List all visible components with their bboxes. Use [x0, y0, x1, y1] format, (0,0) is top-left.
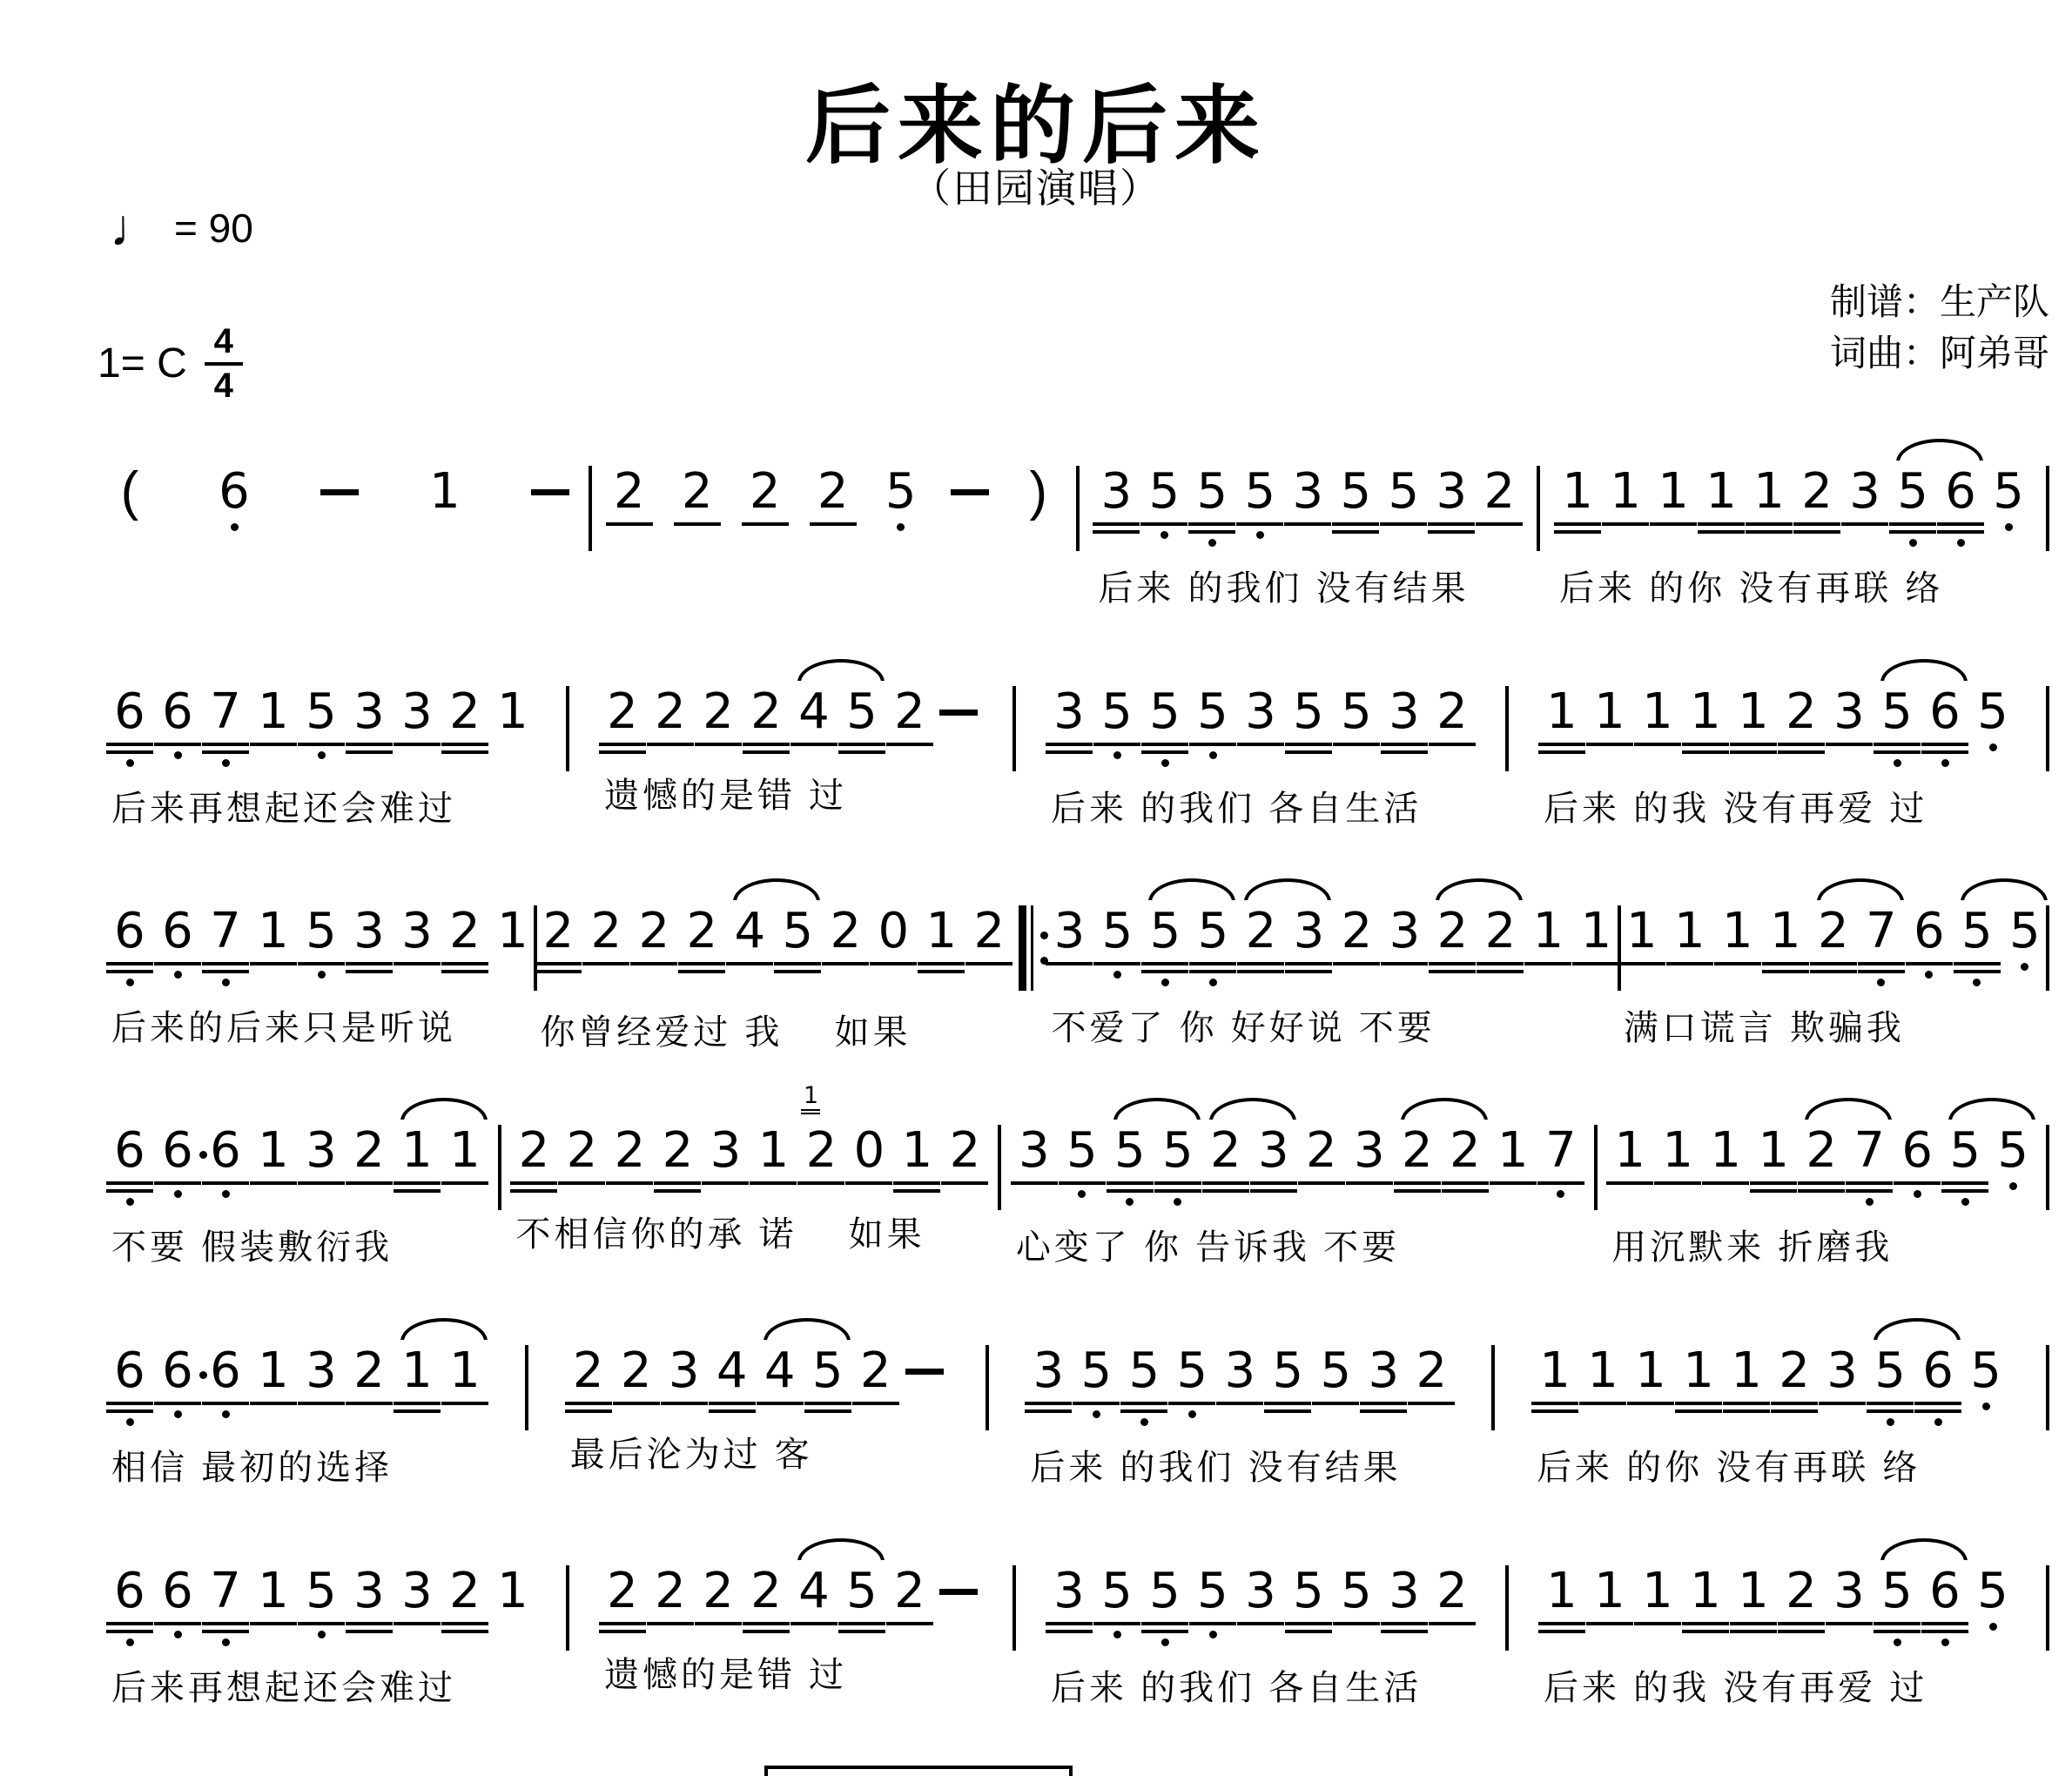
- note: 2: [540, 905, 576, 973]
- barline: [1012, 1565, 1016, 1651]
- underline: [1723, 1402, 1770, 1405]
- notes-row: 111127655: [1611, 1125, 2031, 1206]
- note-number: 5: [1149, 686, 1181, 738]
- note-number: 1: [1722, 905, 1753, 958]
- underline: [1408, 1402, 1455, 1405]
- underline: [1921, 750, 1968, 754]
- note-number: 3: [1389, 686, 1420, 738]
- underline: [743, 743, 790, 746]
- octave-dot-below: [1989, 1623, 1997, 1631]
- note-number: 1: [1581, 905, 1612, 958]
- underlines: [1289, 518, 1326, 526]
- underlines: [255, 1177, 292, 1185]
- underlines: [1687, 738, 1724, 754]
- underline: [1073, 1402, 1120, 1405]
- underlines: [659, 1177, 696, 1193]
- note-number: 5: [1197, 686, 1228, 738]
- underline: [1381, 962, 1428, 965]
- underlines: [1051, 1618, 1087, 1633]
- note: 3: [1221, 1345, 1258, 1405]
- note: 1: [494, 1565, 531, 1618]
- underline: [1650, 522, 1697, 526]
- note-number: 2: [542, 905, 574, 958]
- note-number: 3: [1354, 1125, 1385, 1177]
- note: 1: [1707, 1125, 1744, 1185]
- dash-note: [531, 466, 569, 518]
- underlines: [1385, 518, 1422, 526]
- note: 2: [683, 905, 720, 973]
- note-number: 2: [1306, 1125, 1337, 1177]
- note-number: 3: [353, 1565, 385, 1618]
- note-number: 1: [1539, 1345, 1571, 1397]
- barline: [2046, 1345, 2049, 1430]
- octave-dot-below: [1188, 1410, 1196, 1418]
- lyrics-line: 后来 的我们 没有结果: [1098, 561, 1517, 610]
- octave-dot-below: [1209, 979, 1217, 986]
- tempo-value: = 90: [174, 205, 253, 252]
- note-number: 2: [519, 1125, 550, 1177]
- underlines: [1815, 958, 1852, 973]
- underline: [1889, 530, 1936, 534]
- underline: [1531, 1402, 1578, 1405]
- underline: [1237, 1622, 1284, 1625]
- note: 3: [399, 1565, 435, 1625]
- grace-underline: [801, 1109, 820, 1111]
- note-number: 3: [1389, 905, 1421, 958]
- octave-dot-below: [1140, 1418, 1148, 1426]
- note: 1: [1611, 1125, 1648, 1185]
- underline: [1524, 962, 1571, 965]
- dash-note: [905, 1345, 944, 1397]
- underlines: [1447, 1177, 1483, 1193]
- octave-dot-below: [222, 1190, 230, 1198]
- lyrics-line: 你曾经爱过 我 如果: [540, 1005, 1048, 1054]
- note: 5: [1872, 1345, 1908, 1426]
- underline: [154, 962, 201, 965]
- note: 6: [111, 1565, 148, 1646]
- lyrics-line: 用沉默来 折磨我: [1611, 1220, 2031, 1269]
- note: 5: [1160, 1125, 1196, 1206]
- note: 2: [1208, 1125, 1244, 1193]
- note: 2: [570, 1345, 607, 1413]
- underlines: [1495, 1177, 1531, 1185]
- underline: [1798, 1181, 1845, 1185]
- underlines: [1591, 1618, 1628, 1625]
- note-number: 1: [1674, 905, 1705, 958]
- underline: [1666, 962, 1713, 965]
- note: 2: [351, 1125, 387, 1185]
- tie-arc: [1817, 878, 1906, 900]
- note: 2: [652, 1565, 689, 1625]
- underline: [298, 1622, 345, 1625]
- note: 7: [1863, 905, 1900, 986]
- note-number: 3: [1054, 905, 1086, 958]
- underline: [1846, 1181, 1893, 1185]
- underline: [695, 743, 742, 746]
- underlines: [815, 518, 851, 526]
- underlines: [1303, 1177, 1340, 1185]
- tie-arc: [400, 1318, 489, 1340]
- note: 2: [858, 1345, 894, 1405]
- underlines: [447, 1618, 483, 1633]
- note: 1: [1537, 1345, 1573, 1413]
- note-number: 3: [1833, 1565, 1865, 1618]
- underline: [1360, 1402, 1407, 1405]
- note-number: 2: [449, 686, 481, 738]
- underlines: [1290, 958, 1327, 973]
- paren: (: [111, 466, 148, 518]
- underline: [743, 1622, 790, 1625]
- note: 1: [1735, 686, 1772, 754]
- note-number: 2: [894, 686, 925, 738]
- underlines: [447, 1397, 483, 1405]
- underline: [510, 1189, 557, 1193]
- underlines: [1338, 958, 1375, 965]
- note-number: 2: [806, 1125, 838, 1177]
- note: 2: [1783, 1565, 1820, 1633]
- underlines: [447, 1177, 483, 1185]
- note-number: 6: [162, 1345, 193, 1397]
- note: 1: [1755, 1125, 1792, 1193]
- note-number: 5: [1101, 686, 1133, 738]
- octave-dot-below: [1209, 751, 1217, 759]
- note-number: 2: [1210, 1125, 1241, 1177]
- note-number: 5: [1341, 466, 1372, 518]
- note-number: 3: [669, 1345, 700, 1397]
- note-number: 2: [686, 905, 717, 958]
- dash-note: [951, 466, 989, 518]
- grace-number: 1: [804, 1085, 818, 1107]
- underline: [1346, 1181, 1393, 1185]
- note: 5: [303, 1565, 340, 1638]
- credit-arranger: 制谱：生产队: [1830, 277, 2049, 328]
- underline: [1618, 962, 1665, 965]
- underline: [1360, 1409, 1407, 1413]
- note: 3: [303, 1345, 340, 1405]
- tie-arc: [1148, 878, 1237, 900]
- note-number: 5: [1149, 1565, 1181, 1618]
- repeat-thin-bar: [1031, 905, 1033, 991]
- underline: [599, 1630, 646, 1633]
- note-number: 2: [1786, 686, 1817, 738]
- note-number: 5: [1081, 1345, 1113, 1397]
- note: 3: [1051, 905, 1087, 965]
- note-number: 2: [1342, 905, 1373, 958]
- notes-row: 66613211: [111, 1125, 483, 1206]
- barline: [1618, 905, 1621, 991]
- note-number: 5: [1321, 1345, 1352, 1397]
- note: 2: [611, 1125, 648, 1185]
- note: 6: [159, 1345, 196, 1418]
- underline: [1894, 1181, 1941, 1185]
- note-number: 2: [860, 1345, 891, 1397]
- note: 2: [1803, 1125, 1840, 1193]
- note-number: 5: [1129, 1345, 1160, 1397]
- underlines: [731, 958, 768, 965]
- underlines: [1099, 958, 1135, 979]
- note: 3: [399, 686, 435, 746]
- underlines: [1351, 1177, 1388, 1185]
- measure: 667153321后来再想起还会难过: [111, 1565, 531, 1710]
- underlines: [844, 1618, 880, 1633]
- note-number: 3: [1258, 1125, 1289, 1177]
- note: 5: [1317, 1345, 1354, 1405]
- underline: [154, 1622, 201, 1625]
- underline: [250, 1181, 297, 1185]
- note: 7: [207, 686, 244, 767]
- underline: [1914, 1409, 1961, 1413]
- measure: 22225): [611, 466, 1057, 587]
- note-number: 5: [1149, 466, 1181, 518]
- underlines: [1659, 1177, 1696, 1185]
- underlines: [679, 518, 716, 526]
- underline: [1730, 1630, 1777, 1633]
- notes-row: 2222452: [604, 1565, 978, 1633]
- quarter-note-icon: ♩: [110, 202, 162, 254]
- barline: [1537, 466, 1540, 551]
- note-number: 1: [1497, 1125, 1529, 1177]
- note-number: 5: [1101, 1565, 1133, 1618]
- underlines: [1927, 1618, 1963, 1646]
- note-number: 6: [162, 905, 193, 958]
- note-number: 1: [497, 905, 528, 958]
- underline: [1921, 1630, 1968, 1633]
- note-number: 1: [449, 1345, 481, 1397]
- underlines: [1799, 518, 1835, 534]
- underline: [1634, 743, 1681, 746]
- underline: [441, 750, 488, 754]
- underline: [599, 750, 646, 754]
- underline: [1428, 522, 1475, 526]
- underline: [1333, 1622, 1380, 1625]
- underline: [797, 1181, 844, 1185]
- note: 3: [1831, 686, 1867, 746]
- underline: [1107, 1181, 1154, 1185]
- note-number: 1: [1738, 1565, 1769, 1618]
- notes-row: 2222452012: [540, 905, 1048, 991]
- underlines: [255, 1618, 292, 1625]
- underlines: [1482, 958, 1518, 973]
- underline: [1093, 962, 1140, 965]
- underlines: [1559, 518, 1596, 534]
- note: 2: [700, 1565, 737, 1625]
- note-number: 2: [1818, 905, 1849, 958]
- underline: [1394, 1181, 1441, 1185]
- underline: [441, 1402, 488, 1405]
- underline: [1675, 1409, 1722, 1413]
- bottom-partial-box: [764, 1766, 1073, 1776]
- note-number: 5: [1114, 1125, 1146, 1177]
- underline: [1702, 1181, 1749, 1185]
- underlines: [1783, 1618, 1820, 1633]
- note-number: 6: [1929, 686, 1961, 738]
- underlines: [1703, 518, 1739, 534]
- underline: [1937, 522, 1984, 526]
- underlines: [1863, 958, 1900, 986]
- underline: [106, 970, 153, 973]
- underline: [886, 743, 933, 746]
- lyrics-line: 不爱了 你 好好说 不要: [1051, 1000, 1614, 1050]
- underline: [1285, 1622, 1332, 1625]
- underlines: [1337, 518, 1374, 534]
- underlines: [1847, 518, 1883, 526]
- note-number: 6: [1945, 466, 1976, 518]
- dash-box: [939, 686, 978, 738]
- tie-arc: [1209, 1098, 1298, 1120]
- note: 2: [447, 1565, 483, 1633]
- note-number: 7: [210, 1565, 241, 1618]
- note-number: 5: [1197, 466, 1228, 518]
- underlines: [1899, 1177, 1935, 1198]
- note-number: 5: [1245, 466, 1276, 518]
- underline: [647, 1622, 694, 1625]
- note: 1: [1639, 1565, 1676, 1625]
- tie-arc: [400, 1098, 489, 1120]
- underline: [1914, 1402, 1961, 1405]
- dash-note: [939, 686, 978, 738]
- note: 1: [255, 1565, 292, 1625]
- notes-row: 1111123565: [1537, 1345, 2004, 1426]
- note: 3: [707, 1125, 743, 1185]
- note: 4: [731, 905, 768, 965]
- underlines: [923, 958, 959, 973]
- note-number: 5: [306, 905, 337, 958]
- underline: [1750, 1181, 1797, 1185]
- underlines: [1147, 958, 1183, 986]
- underline: [893, 1189, 940, 1193]
- note: 5: [2007, 905, 2043, 971]
- underlines: [1221, 1397, 1258, 1405]
- underline: [106, 1622, 153, 1625]
- underline: [893, 1181, 940, 1185]
- note-number: 2: [353, 1125, 385, 1177]
- underlines: [748, 738, 784, 754]
- note: 5: [1064, 1125, 1100, 1198]
- underlines: [1098, 518, 1134, 534]
- note-number: 2: [950, 1125, 981, 1177]
- note: 5: [1269, 1345, 1306, 1413]
- underlines: [1728, 1397, 1765, 1413]
- underlines: [1386, 1618, 1423, 1633]
- notes-row: 1111123565: [1544, 1565, 2011, 1646]
- underline: [202, 1181, 249, 1185]
- underline: [582, 962, 629, 965]
- barline: [1491, 1345, 1495, 1430]
- note-number: 2: [607, 686, 638, 738]
- measure: 355523232217心变了 你 告诉我 不要: [1016, 1125, 1579, 1269]
- underline: [804, 1409, 851, 1413]
- underline: [1538, 1622, 1585, 1625]
- underlines: [1147, 738, 1183, 767]
- note: 2: [447, 905, 483, 973]
- note-number: 3: [1053, 686, 1085, 738]
- tie-arc: [1401, 1098, 1490, 1120]
- measure: 2222452遗憾的是错 过: [604, 686, 978, 817]
- note-number: 4: [716, 1345, 748, 1397]
- underlines: [1365, 1397, 1402, 1413]
- note-number: 1: [1758, 1125, 1789, 1177]
- note: 1: [1687, 686, 1724, 754]
- underlines: [1413, 1397, 1450, 1405]
- lyrics-line: 后来再想起还会难过: [111, 781, 531, 831]
- underlines: [898, 1177, 935, 1193]
- underline: [1188, 522, 1235, 526]
- underlines: [1269, 1397, 1306, 1413]
- note-number: 2: [703, 686, 734, 738]
- underline: [1312, 1402, 1359, 1405]
- note-number: 1: [1626, 905, 1658, 958]
- note-number: 3: [1369, 1345, 1400, 1397]
- measure: 111127655满口谎言 欺骗我: [1624, 905, 2043, 1050]
- underline: [1380, 522, 1427, 526]
- underline: [1698, 530, 1745, 534]
- note: 3: [1831, 1565, 1867, 1625]
- lyrics-line: 后来 的我 没有再爱 过: [1544, 1660, 2011, 1710]
- note: 3: [1386, 1565, 1423, 1633]
- octave-dot-below: [222, 979, 230, 986]
- dash-box: [951, 466, 989, 518]
- note: 5: [1147, 905, 1183, 986]
- credits: 制谱：生产队 词曲：阿弟哥: [1830, 277, 2049, 380]
- underline: [106, 1181, 153, 1185]
- underline: [774, 970, 821, 973]
- octave-dot-below: [1113, 751, 1121, 759]
- measure: (61: [111, 466, 569, 587]
- notes-row: 667153321: [111, 905, 531, 986]
- barline: [986, 1345, 989, 1430]
- note-number: 2: [638, 905, 669, 958]
- underline: [1858, 962, 1905, 965]
- underline: [298, 962, 345, 965]
- underlines: [827, 958, 864, 965]
- underline: [1746, 530, 1793, 534]
- note-number: 2: [703, 1565, 734, 1618]
- note: 3: [1386, 686, 1423, 754]
- note: 5: [1146, 466, 1182, 539]
- underline: [654, 1181, 701, 1185]
- note-number: 2: [1485, 905, 1517, 958]
- note: 5: [1894, 466, 1931, 547]
- note-number: 1: [902, 1125, 933, 1177]
- underline: [599, 743, 646, 746]
- note: 5: [1879, 686, 1915, 767]
- underlines: [1974, 738, 2011, 751]
- underline: [1730, 1622, 1777, 1625]
- notes-row: 22225): [611, 466, 1057, 531]
- underlines: [1591, 738, 1628, 746]
- measure: 22223112012不相信你的承 诺 如果: [515, 1125, 983, 1256]
- underline: [1537, 1181, 1584, 1185]
- underlines: [1719, 958, 1756, 965]
- note-number: 1: [1658, 466, 1689, 518]
- notes-row: 355535532: [1051, 686, 1470, 767]
- note-number: 2: [449, 1565, 481, 1618]
- note-number: 3: [1436, 466, 1468, 518]
- note: 2: [604, 686, 641, 754]
- tie-arc: [1874, 1318, 1962, 1340]
- note: 2: [815, 466, 851, 526]
- note: 2: [1783, 686, 1820, 754]
- barline: [2046, 1125, 2049, 1210]
- note: 2: [1242, 905, 1279, 973]
- underline: [1941, 1189, 1988, 1193]
- underlines: [1544, 1618, 1580, 1633]
- underlines: [111, 738, 148, 767]
- underlines: [1672, 958, 1708, 965]
- note-number: 2: [894, 1565, 925, 1618]
- lyrics-line: 不要 假装敷衍我: [111, 1220, 483, 1269]
- octave-dot-below: [1161, 979, 1169, 986]
